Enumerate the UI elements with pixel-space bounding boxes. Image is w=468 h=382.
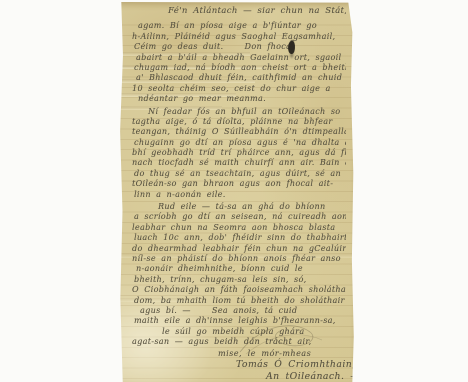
- handwritten-line: bhí geobhadh tríd trí pháirce ann, agus …: [132, 148, 346, 158]
- handwritten-line: le súil go mbeidh cúpla ghára: [132, 327, 346, 337]
- handwritten-line: tagtha aige, ó tá díolta, pláinne na bhf…: [132, 117, 346, 127]
- handwritten-line: Céim go deas duit. Don fhocal ná: [132, 42, 346, 52]
- handwritten-line: do dhearmhad leabhair féin chun na gCeal…: [132, 244, 346, 254]
- handwritten-line: dom, ba mhaith liom tú bheith do sholáth…: [132, 296, 346, 306]
- handwritten-line: do thug sé an tseachtain, agus dúirt, sé…: [132, 169, 346, 179]
- handwritten-line: chugam iad, ná bíodh aon cheist ort a bh…: [132, 63, 346, 73]
- handwritten-line: h-Áilinn, Pláinéid agus Saoghal Éagsamha…: [132, 32, 346, 42]
- handwritten-line: linn a n-aonán eile.: [132, 190, 346, 200]
- handwritten-line: bheith, trínn, chugam-sa leis sin, só,: [132, 275, 346, 285]
- handwriting-block: Fé'n Atlántach — siar chun na Stát," aga…: [132, 6, 346, 348]
- handwritten-line: agus bí. — Sea anois, tá cuid: [132, 306, 346, 316]
- handwritten-line: a scríobh go dtí an seisean, ná cuireadh…: [132, 212, 346, 222]
- handwritten-line: maith eile a dh'innse leighis b'fhearann…: [132, 316, 346, 326]
- photo-background: Fé'n Atlántach — siar chun na Stát," aga…: [0, 0, 468, 382]
- handwritten-line: Ó Ciobhánaigh an fáth faoiseamhach sholá…: [132, 285, 346, 295]
- handwritten-line: níl-se an pháistí do bhíonn anois fhéar …: [132, 254, 346, 264]
- handwritten-line: agam. Bí an píosa aige a b'fiúntar go: [132, 21, 346, 31]
- handwritten-line: Ní feadar fós an bhfuil an tOileánach so: [132, 107, 346, 117]
- handwritten-line: agat-san — agus beidh dán trácht air,: [132, 337, 346, 347]
- handwritten-line: nach tiocfadh sé maith chuirfí ann air. …: [132, 158, 346, 168]
- handwritten-line: ndéantar go mear meanma.: [132, 94, 346, 104]
- closing-line: mise, le mór-mheas: [132, 349, 346, 360]
- handwritten-line: Rud eile — tá-sa an ghá do bhíonn: [132, 202, 346, 212]
- byline: An tOileánach. —: [132, 371, 346, 382]
- handwritten-line: n-aonáir dheimhnithe, bíonn cuid le: [132, 264, 346, 274]
- signature: Tomás Ó Criomhthain,: [132, 359, 346, 370]
- handwritten-line: a' Bhlascaod dhuit féin, caithfimid an c…: [132, 73, 346, 83]
- handwritten-line: 10 seolta chéim seo, ceist do chur aige …: [132, 84, 346, 94]
- handwritten-line: teangan, tháinig Ó Súilleabháin ó'n dtim…: [132, 127, 346, 137]
- handwritten-line: abairt a b'áil a bheadh Gaelainn ort, sg…: [132, 53, 346, 63]
- letter-page: Fé'n Atlántach — siar chun na Stát," aga…: [118, 2, 354, 382]
- handwritten-line: chugainn go dtí an píosa agus é 'na dhal…: [132, 138, 346, 148]
- handwritten-line: tOileán-so gan bhraon agus aon fhocal ai…: [132, 179, 346, 189]
- handwritten-line: leabhar chun na Seomra aon bhosca blasta: [132, 223, 346, 233]
- handwritten-line: luach 10c ann, dob' fhéidir sinn do thab…: [132, 233, 346, 243]
- handwritten-line: Fé'n Atlántach — siar chun na Stát,": [132, 6, 346, 16]
